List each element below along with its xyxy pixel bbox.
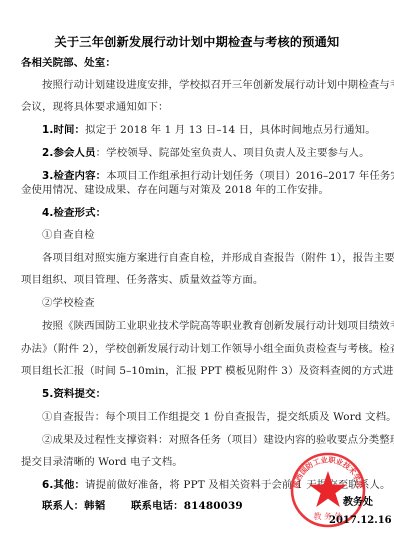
contact-person-label: 联系人：: [42, 500, 84, 512]
item-content-text-2: 金使用情况、建设成果、存在问题与对策及 2018 年的工作安排。: [21, 183, 329, 197]
school-check-line-2: 办法》（附件 2），学校创新发展行动计划工作领导小组全面负责检查与考核。检查采用: [21, 342, 394, 356]
self-check-line-1: 各项目组对照实施方案进行自查自检，并形成自查报告（附件 1），报告主要包括: [42, 251, 394, 265]
item-attendees: 2.参会人员：学校领导、院部处室负责人、项目负责人及主要参与人。: [42, 146, 370, 160]
item-content-text-1: 本项目工作组承担行动计划任务（项目）2016–2017 年任务完成及资: [106, 170, 394, 182]
materials-self-report: ①自查报告：每个项目工作组提交 1 份自查报告，提交纸质及 Word 文档。: [42, 410, 394, 424]
item-attendees-text: ：学校领导、院部处室负责人、项目负责人及主要参与人。: [96, 147, 370, 159]
intro-line-2: 会议，现将具体要求通知如下：: [21, 100, 169, 114]
school-check-line-3: 项目组长汇报（时间 5–10min，汇报 PPT 模板见附件 3）及资料查阅的方…: [21, 364, 394, 378]
item-other-label: 6.其他：: [42, 479, 85, 491]
item-form-label: 4.检查形式：: [42, 206, 106, 220]
school-check-title: ②学校检查: [42, 296, 95, 310]
item-content: 3.检查内容：本项目工作组承担行动计划任务（项目）2016–2017 年任务完成…: [42, 169, 394, 183]
item-attendees-label: 2.参会人员: [42, 147, 96, 159]
item-materials-label: 5.资料提交：: [42, 387, 106, 401]
self-check-title: ①自查自检: [42, 228, 95, 242]
item-time: 1.时间：拟定于 2018 年 1 月 13 日–14 日，具体时间地点另行通知…: [42, 123, 376, 137]
self-check-line-2: 项目组织、项目管理、任务落实、质量效益等方面。: [21, 273, 263, 287]
contact-person-name: 韩韬: [84, 500, 105, 512]
signature-date: 2017.12.16: [329, 515, 392, 526]
school-check-line-1: 按照《陕西国防工业职业技术学院高等职业教育创新发展行动计划项目绩效考核: [42, 319, 394, 333]
document-page: 关于三年创新发展行动计划中期检查与考核的预通知 各相关院部、处室： 按照行动计划…: [0, 0, 394, 559]
contact-phone-label: 联系电话：: [131, 500, 184, 512]
contact-phone: 联系电话：81480039: [131, 499, 243, 513]
document-title: 关于三年创新发展行动计划中期检查与考核的预通知: [0, 33, 394, 50]
item-content-label: 3.检查内容：: [42, 170, 106, 182]
item-time-label: 1.时间：: [42, 124, 85, 136]
materials-support-line-2: 提交目录清晰的 Word 电子文档。: [21, 455, 183, 469]
salutation: 各相关院部、处室：: [21, 56, 116, 70]
materials-support-line-1: ②成果及过程性支撑资料：对照各任务（项目）建设内容的验收要点分类整理，: [42, 433, 394, 447]
contact-phone-number: 81480039: [184, 500, 243, 512]
signature-department: 教务处: [343, 493, 373, 508]
item-time-text: 拟定于 2018 年 1 月 13 日–14 日，具体时间地点另行通知。: [85, 124, 376, 136]
contact-person: 联系人：韩韬: [42, 499, 105, 513]
intro-line-1: 按照行动计划建设进度安排，学校拟召开三年创新发展行动计划中期检查与考核: [42, 78, 394, 92]
